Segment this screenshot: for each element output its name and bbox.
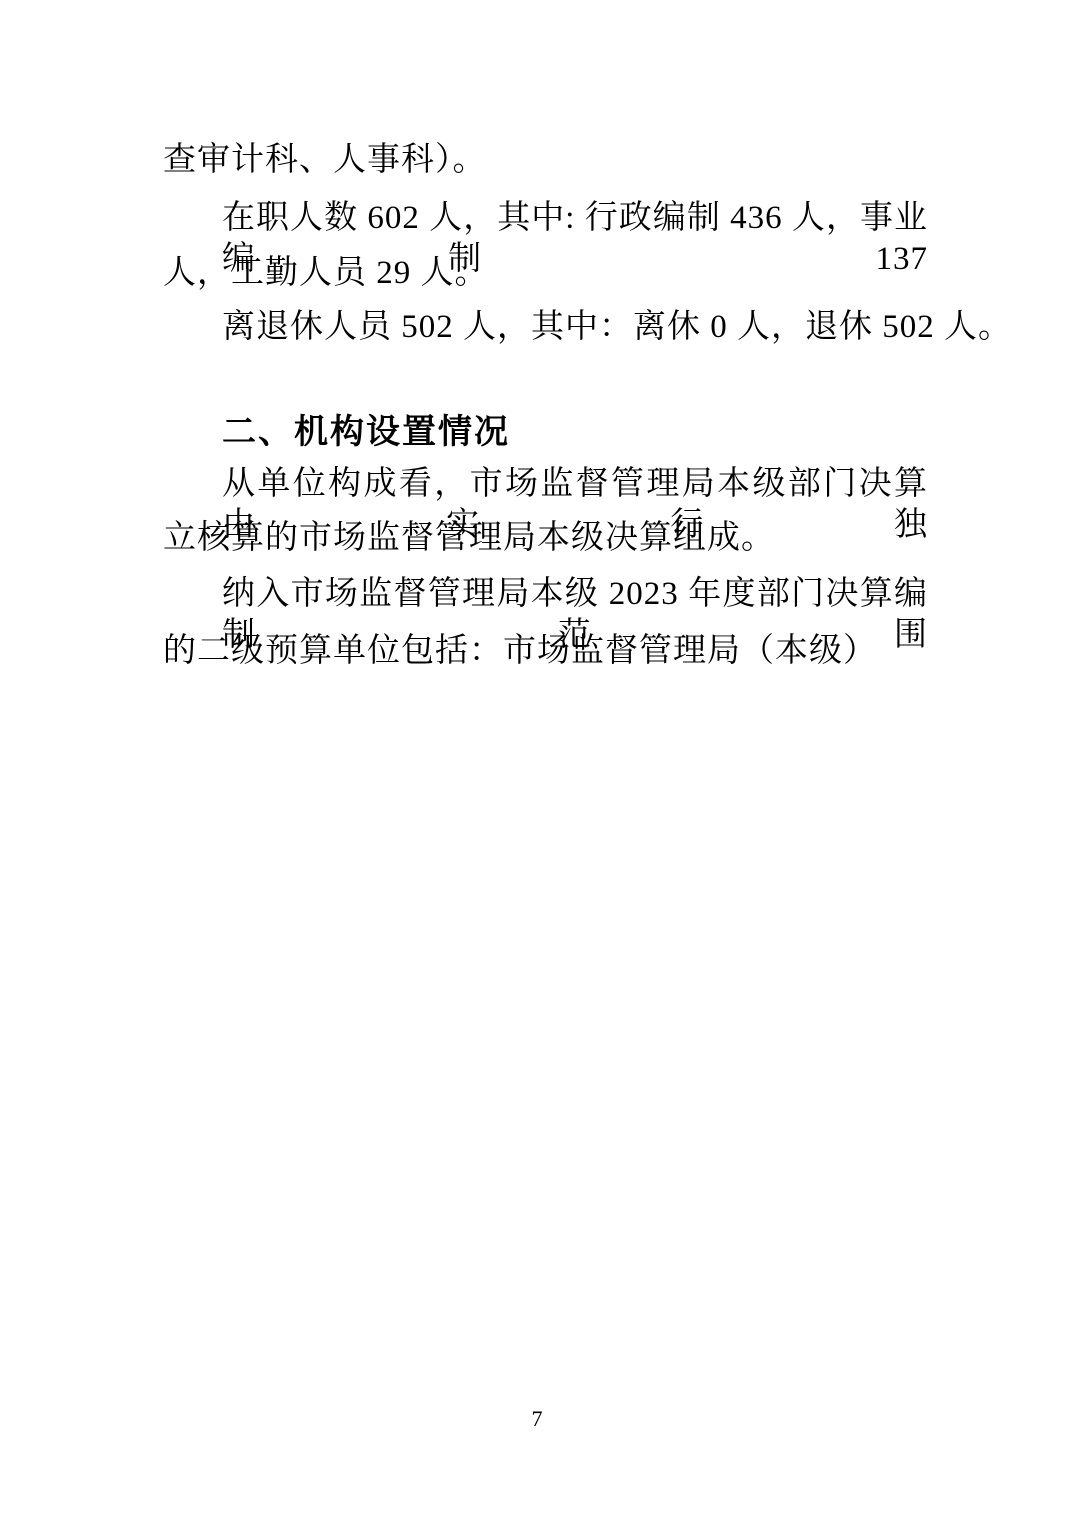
paragraph-line-budget-scope-2: 的二级预算单位包括：市场监督管理局（本级）	[163, 631, 877, 672]
page-number: 7	[0, 1406, 1074, 1432]
paragraph-line-staff-counts-2: 人，工勤人员 29 人。	[163, 253, 489, 294]
paragraph-line-org-composition-2: 立核算的市场监督管理局本级决算组成。	[163, 518, 775, 559]
paragraph-line-dept-tail: 查审计科、人事科）。	[163, 140, 487, 181]
section-heading-org-structure: 二、机构设置情况	[222, 412, 510, 453]
paragraph-line-retired-counts: 离退休人员 502 人，其中：离休 0 人，退休 502 人。	[222, 307, 1012, 348]
document-page: 查审计科、人事科）。 在职人数 602 人，其中: 行政编制 436 人，事业编…	[0, 0, 1074, 1520]
